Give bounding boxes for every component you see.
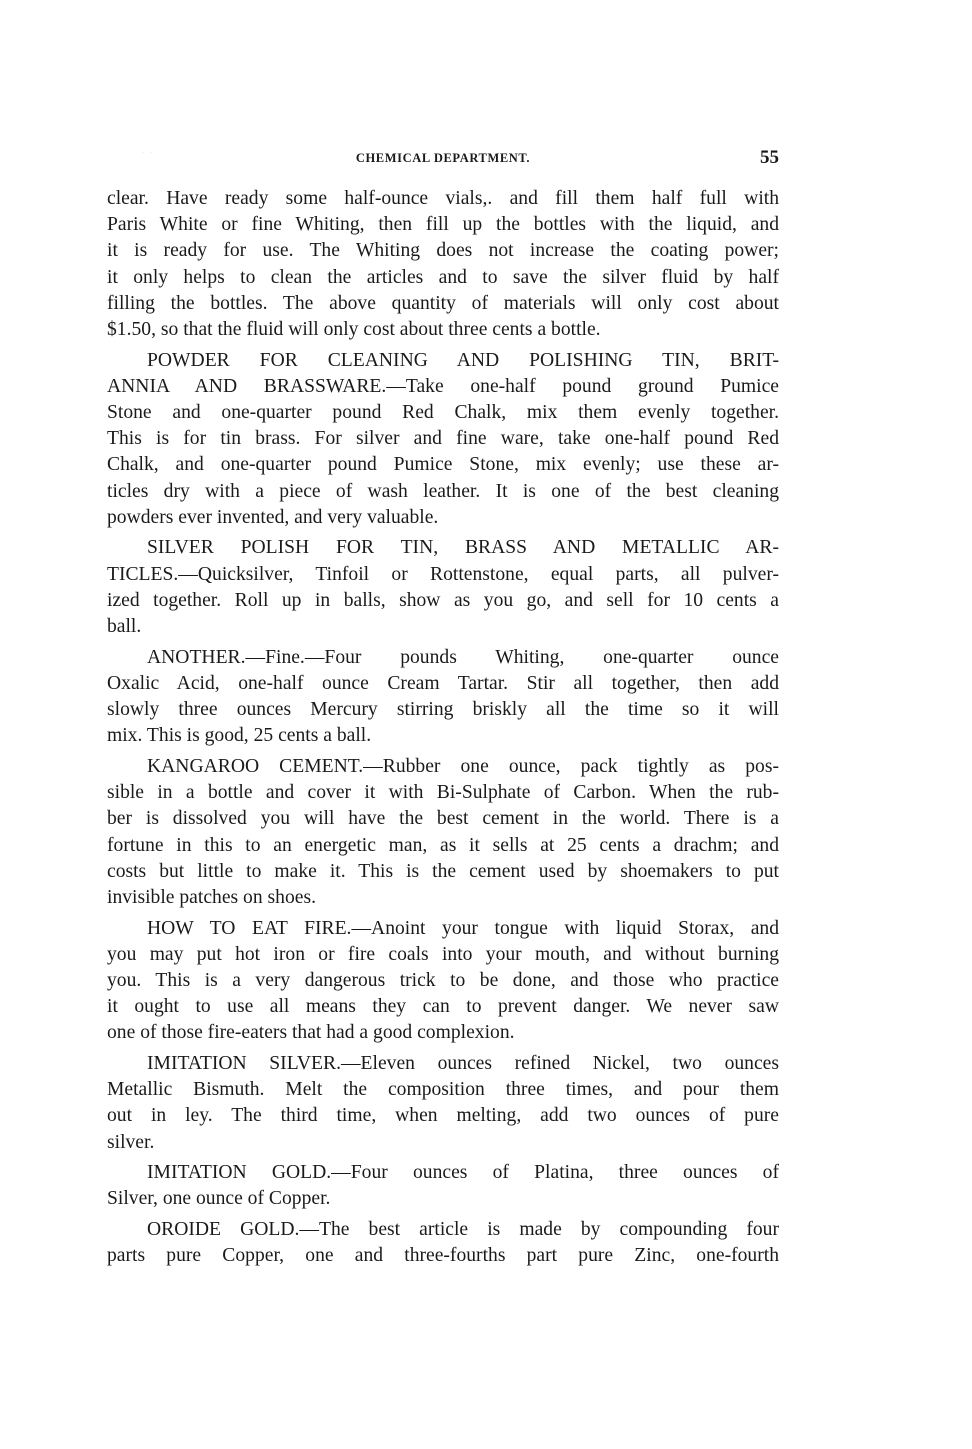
text-line: Stone and one-quarter pound Red Chalk, m…: [107, 400, 779, 426]
text-line: Paris White or fine Whiting, then fill u…: [107, 212, 779, 238]
paragraph-another: ANOTHER.—Fine.—Four pounds Whiting, one-…: [107, 645, 779, 750]
text-line: IMITATION SILVER.—Eleven ounces refined …: [107, 1051, 779, 1077]
text-line: POWDER FOR CLEANING AND POLISHING TIN, B…: [107, 348, 779, 374]
text-line: clear. Have ready some half-ounce vials,…: [107, 186, 779, 212]
paragraph-kangaroo-cement: KANGAROO CEMENT.—Rubber one ounce, pack …: [107, 754, 779, 911]
text-line: ANOTHER.—Fine.—Four pounds Whiting, one-…: [107, 645, 779, 671]
text-line: powders ever invented, and very valuable…: [107, 505, 779, 531]
paragraph-imitation-silver: IMITATION SILVER.—Eleven ounces refined …: [107, 1051, 779, 1156]
text-line: you. This is a very dangerous trick to b…: [107, 968, 779, 994]
text-line: Metallic Bismuth. Melt the composition t…: [107, 1077, 779, 1103]
running-head: CHEMICAL DEPARTMENT.: [107, 151, 779, 166]
text-line: TICLES.—Quicksilver, Tinfoil or Rottenst…: [107, 562, 779, 588]
paragraph-powder-for-cleaning: POWDER FOR CLEANING AND POLISHING TIN, B…: [107, 348, 779, 531]
text-line: ized together. Roll up in balls, show as…: [107, 588, 779, 614]
text-line: This is for tin brass. For silver and fi…: [107, 426, 779, 452]
text-line: IMITATION GOLD.—Four ounces of Platina, …: [107, 1160, 779, 1186]
body-text: clear. Have ready some half-ounce vials,…: [107, 186, 779, 1274]
text-line: costs but little to make it. This is the…: [107, 859, 779, 885]
paragraph-silver-polish: SILVER POLISH FOR TIN, BRASS AND METALLI…: [107, 535, 779, 640]
text-line: OROIDE GOLD.—The best article is made by…: [107, 1217, 779, 1243]
text-line: HOW TO EAT FIRE.—Anoint your tongue with…: [107, 916, 779, 942]
text-line: out in ley. The third time, when melting…: [107, 1103, 779, 1129]
text-line: ticles dry with a piece of wash leather.…: [107, 479, 779, 505]
text-line: slowly three ounces Mercury stirring bri…: [107, 697, 779, 723]
text-line: ber is dissolved you will have the best …: [107, 806, 779, 832]
text-line: one of those fire-eaters that had a good…: [107, 1020, 779, 1046]
text-line: ball.: [107, 614, 779, 640]
text-line: mix. This is good, 25 cents a ball.: [107, 723, 779, 749]
text-line: parts pure Copper, one and three-fourths…: [107, 1243, 779, 1269]
text-line: fortune in this to an energetic man, as …: [107, 833, 779, 859]
text-line: it ought to use all means they can to pr…: [107, 994, 779, 1020]
text-line: you may put hot iron or fire coals into …: [107, 942, 779, 968]
text-line: Oxalic Acid, one-half ounce Cream Tartar…: [107, 671, 779, 697]
text-line: silver.: [107, 1130, 779, 1156]
text-line: filling the bottles. The above quantity …: [107, 291, 779, 317]
text-line: Chalk, and one-quarter pound Pumice Ston…: [107, 452, 779, 478]
text-line: SILVER POLISH FOR TIN, BRASS AND METALLI…: [107, 535, 779, 561]
page-header: CHEMICAL DEPARTMENT. 55: [107, 147, 779, 171]
text-line: $1.50, so that the fluid will only cost …: [107, 317, 779, 343]
paragraph-continuation: clear. Have ready some half-ounce vials,…: [107, 186, 779, 343]
text-line: Silver, one ounce of Copper.: [107, 1186, 779, 1212]
paragraph-oroide-gold: OROIDE GOLD.—The best article is made by…: [107, 1217, 779, 1269]
text-line: invisible patches on shoes.: [107, 885, 779, 911]
book-page: · · CHEMICAL DEPARTMENT. 55 clear. Have …: [0, 0, 972, 1449]
text-line: it is ready for use. The Whiting does no…: [107, 238, 779, 264]
text-line: it only helps to clean the articles and …: [107, 265, 779, 291]
text-line: ANNIA AND BRASSWARE.—Take one-half pound…: [107, 374, 779, 400]
paragraph-imitation-gold: IMITATION GOLD.—Four ounces of Platina, …: [107, 1160, 779, 1212]
text-line: KANGAROO CEMENT.—Rubber one ounce, pack …: [107, 754, 779, 780]
text-line: sible in a bottle and cover it with Bi-S…: [107, 780, 779, 806]
page-number: 55: [760, 147, 779, 169]
paragraph-how-to-eat-fire: HOW TO EAT FIRE.—Anoint your tongue with…: [107, 916, 779, 1047]
